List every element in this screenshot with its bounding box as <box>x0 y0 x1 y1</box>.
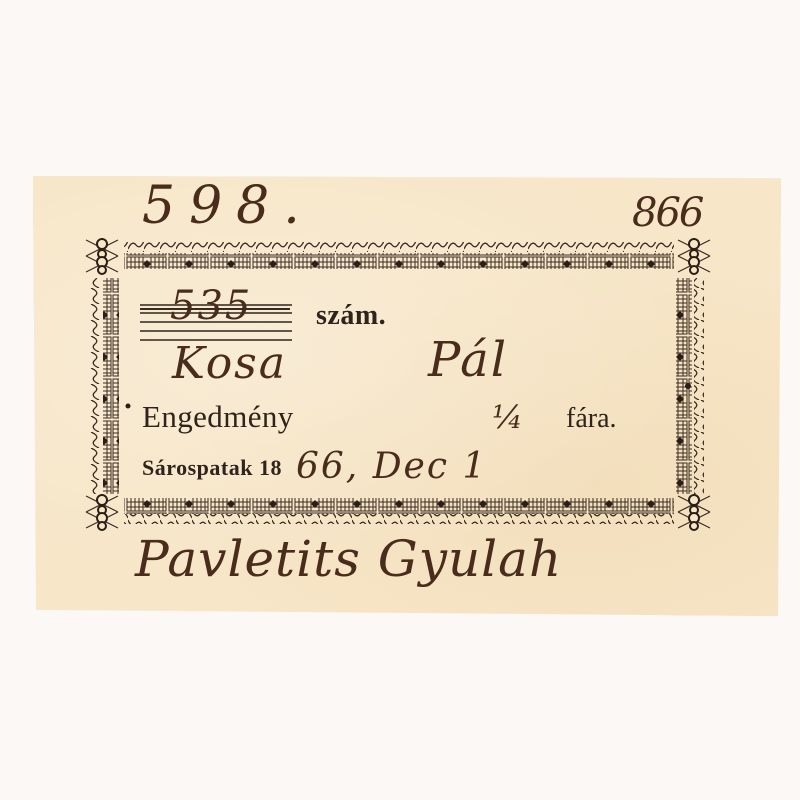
handwritten-struck-number: 535 <box>170 283 252 329</box>
ornamental-border <box>0 0 800 800</box>
handwritten-top-left-number: 598. <box>142 176 314 236</box>
handwritten-signature: Pavletits Gyulah <box>135 530 562 588</box>
number-label: szám. <box>316 300 386 332</box>
document-title: Engedmény <box>142 399 294 435</box>
handwritten-name-first: Kosa <box>172 338 287 389</box>
handwritten-top-right-number: 866 <box>632 190 702 236</box>
strike-through-line <box>140 308 290 310</box>
handwritten-quantity: ¼ <box>492 398 523 436</box>
unit-label: fára. <box>566 403 617 435</box>
place-year-label: Sárospatak 18 <box>142 455 282 481</box>
handwritten-date: 66, Dec 1 <box>296 446 487 487</box>
handwritten-name-last: Pál <box>428 332 508 388</box>
